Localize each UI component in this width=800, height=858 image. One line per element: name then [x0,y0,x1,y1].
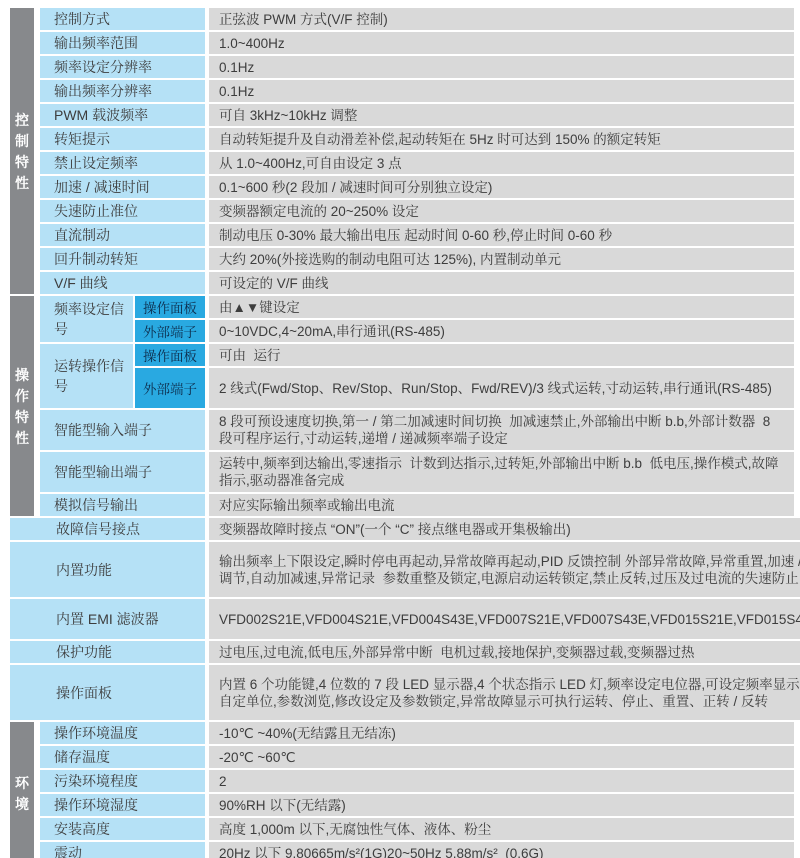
spec-value: -20℃ ~60℃ [209,746,794,768]
spec-value: 20Hz 以下 9.80665m/s²(1G)20~50Hz 5.88m/s² … [209,842,794,858]
spec-value: 90%RH 以下(无结露) [209,794,794,816]
spec-label: 输出频率分辨率 [40,80,205,102]
spec-row: 输出频率分辨率0.1Hz [40,80,794,102]
spec-row-group: 频率设定信号操作面板由▲▼键设定外部端子0~10VDC,4~20mA,串行通讯(… [40,296,794,342]
spec-row: 禁止设定频率从 1.0~400Hz,可自由设定 3 点 [40,152,794,174]
spec-value: 0.1Hz [209,80,794,102]
spec-value: 内置 6 个功能键,4 位数的 7 段 LED 显示器,4 个状态指示 LED … [209,665,800,720]
category-label-environment: 环境 [10,722,34,858]
spec-label: 输出频率范围 [40,32,205,54]
spec-value: 自动转矩提升及自动滑差补偿,起动转矩在 5Hz 时可达到 150% 的额定转矩 [209,128,794,150]
sub-row-header: 外部端子 [135,368,205,408]
spec-row: 加速 / 减速时间0.1~600 秒(2 段加 / 减速时间可分别独立设定) [40,176,794,198]
spec-row: 操作环境湿度90%RH 以下(无结露) [40,794,794,816]
spec-label: 转矩提示 [40,128,205,150]
spec-value: 变频器故障时接点 “ON”(一个 “C” 接点继电器或开集极输出) [209,518,800,540]
spec-label: 禁止设定频率 [40,152,205,174]
spec-value: 过电压,过电流,低电压,外部异常中断 电机过载,接地保护,变频器过载,变频器过热 [209,641,800,663]
spec-row: 操作环境温度-10℃ ~40%(无结露且无结冻) [40,722,794,744]
section-operation: 操作特性频率设定信号操作面板由▲▼键设定外部端子0~10VDC,4~20mA,串… [10,296,794,516]
spec-row: 模拟信号输出对应实际输出频率或输出电流 [40,494,794,516]
spec-row: 内置 EMI 滤波器VFD002S21E,VFD004S21E,VFD004S4… [10,599,800,639]
section-rows: 操作环境温度-10℃ ~40%(无结露且无结冻)储存温度-20℃ ~60℃污染环… [40,722,794,858]
spec-value: 8 段可预设速度切换,第一 / 第二加减速时间切换 加减速禁止,外部输出中断 b… [209,410,794,450]
section-control: 控制特性控制方式正弦波 PWM 方式(V/F 控制)输出频率范围1.0~400H… [10,8,794,294]
spec-value: 2 [209,770,794,792]
spec-value: VFD002S21E,VFD004S21E,VFD004S43E,VFD007S… [209,599,800,639]
spec-row: 智能型输入端子8 段可预设速度切换,第一 / 第二加减速时间切换 加减速禁止,外… [40,410,794,450]
spec-label: 操作面板 [10,665,205,720]
spec-row: 操作面板内置 6 个功能键,4 位数的 7 段 LED 显示器,4 个状态指示 … [10,665,800,720]
section-rows: 控制方式正弦波 PWM 方式(V/F 控制)输出频率范围1.0~400Hz频率设… [40,8,794,294]
spec-subrow: 操作面板由▲▼键设定 [135,296,794,318]
spec-label: 智能型输出端子 [40,452,205,492]
category-char: 特 [15,407,29,427]
category-char: 控 [15,110,29,130]
spec-value: 由▲▼键设定 [209,296,794,318]
spec-label: 运转操作信号 [40,344,133,408]
spec-label: 内置功能 [10,542,205,597]
spec-label: 失速防止准位 [40,200,205,222]
category-char: 操 [15,365,29,385]
spec-value: 2 线式(Fwd/Stop、Rev/Stop、Run/Stop、Fwd/REV)… [209,368,794,408]
section-rows: 故障信号接点变频器故障时接点 “ON”(一个 “C” 接点继电器或开集极输出)内… [10,518,800,720]
spec-row: V/F 曲线可设定的 V/F 曲线 [40,272,794,294]
spec-row: 输出频率范围1.0~400Hz [40,32,794,54]
spec-row: 直流制动制动电压 0-30% 最大输出电压 起动时间 0-60 秒,停止时间 0… [40,224,794,246]
spec-label: 智能型输入端子 [40,410,205,450]
spec-subrow: 外部端子0~10VDC,4~20mA,串行通讯(RS-485) [135,320,794,342]
spec-value: 正弦波 PWM 方式(V/F 控制) [209,8,794,30]
category-char: 特 [15,152,29,172]
spec-value: -10℃ ~40%(无结露且无结冻) [209,722,794,744]
category-char: 性 [15,428,29,448]
spec-subrow: 外部端子2 线式(Fwd/Stop、Rev/Stop、Run/Stop、Fwd/… [135,368,794,408]
spec-value: 输出频率上下限设定,瞬时停电再起动,异常故障再起动,PID 反馈控制 外部异常故… [209,542,800,597]
sub-row-header: 操作面板 [135,344,205,366]
spec-row: 控制方式正弦波 PWM 方式(V/F 控制) [40,8,794,30]
spec-label: 内置 EMI 滤波器 [10,599,205,639]
spec-row: 内置功能输出频率上下限设定,瞬时停电再起动,异常故障再起动,PID 反馈控制 外… [10,542,800,597]
spec-label: 储存温度 [40,746,205,768]
spec-label: 频率设定分辨率 [40,56,205,78]
spec-label: V/F 曲线 [40,272,205,294]
spec-row: 安装高度高度 1,000m 以下,无腐蚀性气体、液体、粉尘 [40,818,794,840]
spec-value: 变频器额定电流的 20~250% 设定 [209,200,794,222]
spec-row: PWM 载波频率可自 3kHz~10kHz 调整 [40,104,794,126]
spec-row: 智能型输出端子运转中,频率到达输出,零速指示 计数到达指示,过转矩,外部输出中断… [40,452,794,492]
spec-value: 运转中,频率到达输出,零速指示 计数到达指示,过转矩,外部输出中断 b.b 低电… [209,452,794,492]
category-char: 作 [15,386,29,406]
spec-value: 可自 3kHz~10kHz 调整 [209,104,794,126]
spec-label: 频率设定信号 [40,296,133,342]
spec-label: 污染环境程度 [40,770,205,792]
spec-value: 从 1.0~400Hz,可自由设定 3 点 [209,152,794,174]
spec-label: 安装高度 [40,818,205,840]
sub-rows: 操作面板由▲▼键设定外部端子0~10VDC,4~20mA,串行通讯(RS-485… [135,296,794,342]
sub-rows: 操作面板可由 运行外部端子2 线式(Fwd/Stop、Rev/Stop、Run/… [135,344,794,408]
spec-subrow: 操作面板可由 运行 [135,344,794,366]
category-label-operation: 操作特性 [10,296,34,516]
spec-row: 频率设定分辨率0.1Hz [40,56,794,78]
spec-label: 操作环境温度 [40,722,205,744]
spec-value: 1.0~400Hz [209,32,794,54]
spec-label: 震动 [40,842,205,858]
spec-value: 0~10VDC,4~20mA,串行通讯(RS-485) [209,320,794,342]
spec-value: 0.1~600 秒(2 段加 / 减速时间可分别独立设定) [209,176,794,198]
spec-label: 模拟信号输出 [40,494,205,516]
spec-label: 故障信号接点 [10,518,205,540]
spec-row: 震动20Hz 以下 9.80665m/s²(1G)20~50Hz 5.88m/s… [40,842,794,858]
spec-value: 可由 运行 [209,344,794,366]
spec-value: 大约 20%(外接选购的制动电阻可达 125%), 内置制动单元 [209,248,794,270]
spec-label: 保护功能 [10,641,205,663]
spec-row: 转矩提示自动转矩提升及自动滑差补偿,起动转矩在 5Hz 时可达到 150% 的额… [40,128,794,150]
category-char: 性 [15,173,29,193]
spec-label: 操作环境湿度 [40,794,205,816]
category-char: 环 [15,773,29,793]
spec-label: 控制方式 [40,8,205,30]
spec-value: 0.1Hz [209,56,794,78]
spec-row: 失速防止准位变频器额定电流的 20~250% 设定 [40,200,794,222]
spec-label: 回升制动转矩 [40,248,205,270]
sub-row-header: 外部端子 [135,320,205,342]
category-char: 制 [15,131,29,151]
spec-row: 污染环境程度2 [40,770,794,792]
spec-row: 储存温度-20℃ ~60℃ [40,746,794,768]
spec-row: 保护功能过电压,过电流,低电压,外部异常中断 电机过载,接地保护,变频器过载,变… [10,641,800,663]
spec-row: 故障信号接点变频器故障时接点 “ON”(一个 “C” 接点继电器或开集极输出) [10,518,800,540]
section-rows: 频率设定信号操作面板由▲▼键设定外部端子0~10VDC,4~20mA,串行通讯(… [40,296,794,516]
spec-row: 回升制动转矩大约 20%(外接选购的制动电阻可达 125%), 内置制动单元 [40,248,794,270]
section-environment: 环境操作环境温度-10℃ ~40%(无结露且无结冻)储存温度-20℃ ~60℃污… [10,722,794,858]
spec-value: 对应实际输出频率或输出电流 [209,494,794,516]
spec-value: 高度 1,000m 以下,无腐蚀性气体、液体、粉尘 [209,818,794,840]
spec-label: 直流制动 [40,224,205,246]
spec-label: 加速 / 减速时间 [40,176,205,198]
category-char: 境 [15,794,29,814]
section-general: 故障信号接点变频器故障时接点 “ON”(一个 “C” 接点继电器或开集极输出)内… [10,518,794,720]
sub-row-header: 操作面板 [135,296,205,318]
spec-value: 制动电压 0-30% 最大输出电压 起动时间 0-60 秒,停止时间 0-60 … [209,224,794,246]
spec-value: 可设定的 V/F 曲线 [209,272,794,294]
category-label-control: 控制特性 [10,8,34,294]
spec-label: PWM 载波频率 [40,104,205,126]
spec-table: 控制特性控制方式正弦波 PWM 方式(V/F 控制)输出频率范围1.0~400H… [0,0,800,858]
spec-row-group: 运转操作信号操作面板可由 运行外部端子2 线式(Fwd/Stop、Rev/Sto… [40,344,794,408]
